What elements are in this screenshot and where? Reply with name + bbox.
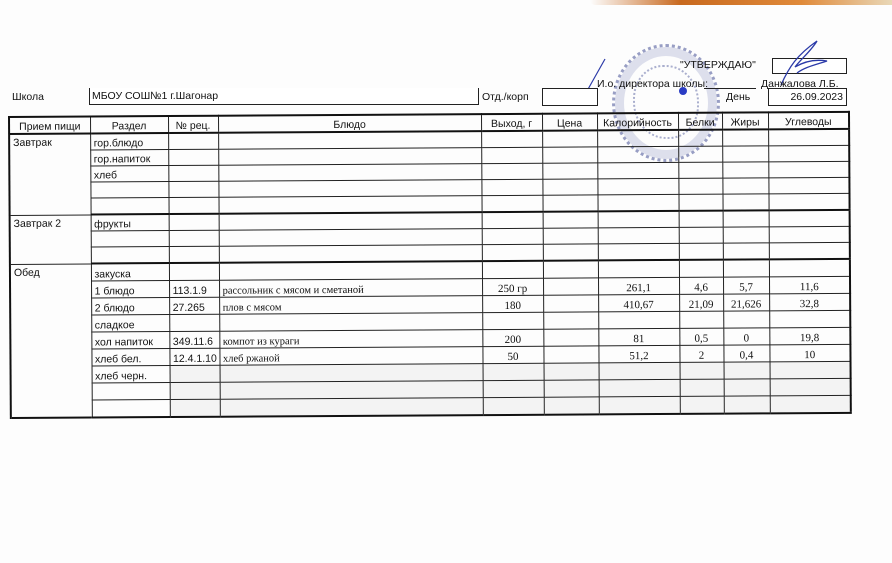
yield-cell — [482, 312, 543, 329]
yield-cell: 250 гр — [482, 278, 543, 295]
carbs-cell — [769, 310, 850, 327]
dish-cell: компот из кураги — [219, 330, 482, 349]
price-cell — [542, 147, 597, 163]
carbs-column-header: Углеводы — [768, 112, 849, 129]
kcal-cell — [599, 362, 680, 379]
carbs-cell — [769, 242, 850, 259]
section-cell — [90, 182, 168, 198]
day-field[interactable]: 26.09.2023 — [768, 88, 847, 106]
yield-cell — [483, 363, 544, 380]
carbs-cell — [768, 145, 849, 161]
fat-column-header: Жиры — [722, 112, 768, 129]
kcal-cell: 81 — [598, 328, 679, 345]
approve-label: "УТВЕРЖДАЮ" — [680, 59, 756, 71]
kcal-column-header: Калорийность — [597, 113, 678, 130]
recipe-cell — [168, 149, 218, 165]
kcal-cell: 410,67 — [598, 294, 679, 311]
dish-cell: хлеб ржаной — [219, 347, 482, 366]
dish-cell — [219, 245, 482, 263]
yield-cell — [481, 179, 542, 195]
yield-cell — [481, 131, 542, 148]
yield-cell: 200 — [482, 329, 543, 346]
kcal-cell — [597, 146, 678, 162]
school-label: Школа — [12, 91, 44, 103]
fat-cell — [723, 259, 769, 277]
kcal-cell — [597, 162, 678, 178]
fat-cell — [723, 227, 769, 243]
dish-cell — [220, 381, 483, 400]
yield-cell: 50 — [482, 346, 543, 363]
price-cell — [542, 195, 597, 212]
section-cell: хлеб — [90, 166, 168, 182]
recipe-cell: 27.265 — [169, 297, 219, 314]
price-cell — [543, 312, 598, 329]
recipe-cell — [169, 246, 219, 263]
price-column-header: Цена — [542, 113, 597, 130]
section-cell — [91, 198, 169, 215]
yield-column-header: Выход, г — [481, 114, 542, 131]
recipe-cell — [169, 263, 219, 281]
fat-cell — [722, 129, 768, 146]
protein-cell — [679, 260, 723, 278]
recipe-cell — [170, 365, 220, 382]
section-cell: 1 блюдо — [91, 281, 169, 298]
table-row — [11, 395, 851, 418]
protein-cell — [678, 146, 722, 162]
recipe-cell — [170, 399, 220, 417]
signature-box — [772, 58, 847, 74]
protein-cell: 2 — [679, 345, 723, 362]
section-cell — [91, 231, 169, 247]
section-cell: 2 блюдо — [91, 298, 169, 315]
recipe-cell — [169, 230, 219, 246]
protein-cell: 4,6 — [679, 277, 723, 294]
kcal-cell — [598, 311, 679, 328]
dish-cell — [218, 148, 481, 166]
meal-cell: Обед — [10, 263, 92, 417]
dish-cell — [219, 212, 482, 230]
menu-table: Прием пищиРаздел№ рец.БлюдоВыход, гЦенаК… — [8, 111, 852, 419]
section-cell: фрукты — [91, 214, 169, 231]
recipe-cell — [169, 214, 219, 231]
price-cell — [544, 363, 599, 380]
price-cell — [543, 244, 598, 261]
carbs-cell — [769, 210, 850, 227]
fat-cell — [722, 146, 768, 162]
section-cell: хлеб черн. — [92, 366, 170, 383]
price-cell — [543, 329, 598, 346]
section-cell: гор.напиток — [90, 150, 168, 166]
price-cell — [544, 397, 599, 415]
recipe-cell: 113.1.9 — [169, 280, 219, 297]
kcal-cell — [598, 211, 679, 228]
dish-cell — [219, 196, 482, 214]
carbs-cell — [769, 259, 850, 277]
recipe-cell — [168, 133, 218, 150]
section-cell: гор.блюдо — [90, 133, 168, 150]
day-label: День — [726, 91, 750, 103]
section-cell — [92, 400, 170, 418]
protein-cell — [679, 211, 723, 228]
carbs-cell — [770, 378, 851, 395]
kcal-cell: 261,1 — [598, 277, 679, 294]
carbs-cell: 19,8 — [769, 327, 850, 344]
fat-cell — [723, 311, 769, 328]
kcal-cell — [598, 260, 679, 278]
recipe-cell — [168, 165, 218, 181]
dish-cell — [218, 131, 481, 149]
yield-cell — [482, 212, 543, 229]
kcal-cell: 51,2 — [598, 345, 679, 362]
price-cell — [542, 163, 597, 179]
carbs-cell: 10 — [769, 344, 850, 361]
dish-cell — [218, 164, 481, 182]
fat-cell — [724, 362, 770, 379]
yield-cell — [481, 195, 542, 212]
protein-cell — [679, 243, 723, 260]
fat-cell — [724, 379, 770, 396]
carbs-cell — [769, 226, 850, 242]
price-cell — [544, 380, 599, 397]
protein-cell — [679, 227, 723, 243]
recipe-column-header: № рец. — [168, 116, 218, 133]
price-cell — [543, 260, 598, 278]
dept-field[interactable] — [542, 88, 598, 106]
yield-cell — [481, 163, 542, 179]
school-field[interactable]: МБОУ СОШ№1 г.Шагонар — [89, 88, 479, 105]
kcal-cell — [598, 243, 679, 260]
carbs-cell — [770, 395, 851, 413]
section-cell: закуска — [91, 263, 169, 281]
day-value: 26.09.2023 — [790, 91, 843, 103]
protein-cell — [678, 130, 722, 147]
recipe-cell — [169, 314, 219, 331]
fat-cell: 21,626 — [723, 294, 769, 311]
dish-cell — [220, 364, 483, 383]
yield-cell — [483, 380, 544, 397]
price-cell — [543, 211, 598, 228]
yield-cell — [481, 147, 542, 163]
dish-cell — [220, 398, 483, 417]
dish-cell: плов с мясом — [219, 296, 482, 315]
protein-cell: 0,5 — [679, 328, 723, 345]
yield-cell — [482, 261, 543, 279]
fat-cell: 0,4 — [723, 345, 769, 362]
dish-cell — [219, 313, 482, 332]
carbs-cell: 11,6 — [769, 276, 850, 293]
dish-cell — [219, 229, 482, 247]
yield-cell: 180 — [482, 295, 543, 312]
school-value: МБОУ СОШ№1 г.Шагонар — [92, 90, 218, 102]
recipe-cell: 12.4.1.10 — [169, 348, 219, 365]
fat-cell — [722, 194, 768, 211]
price-cell — [543, 295, 598, 312]
protein-cell — [678, 178, 722, 194]
carbs-cell — [768, 193, 849, 210]
carbs-cell — [768, 161, 849, 177]
protein-cell — [678, 162, 722, 178]
yield-cell — [483, 397, 544, 415]
fat-cell: 5,7 — [723, 277, 769, 294]
protein-cell — [680, 379, 724, 396]
kcal-cell — [597, 130, 678, 147]
recipe-cell — [168, 181, 218, 197]
fat-cell — [723, 243, 769, 260]
meal-cell: Завтрак 2 — [10, 214, 91, 263]
protein-cell: 21,09 — [679, 294, 723, 311]
protein-column-header: Белки — [678, 113, 722, 130]
carbs-cell — [768, 129, 849, 146]
kcal-cell — [598, 227, 679, 243]
protein-cell — [678, 194, 722, 211]
price-cell — [543, 346, 598, 363]
meal-cell: Завтрак — [9, 133, 90, 214]
carbs-cell — [770, 361, 851, 378]
fat-cell — [722, 178, 768, 194]
section-cell: хлеб бел. — [91, 349, 169, 366]
price-cell — [542, 179, 597, 195]
yield-cell — [482, 244, 543, 261]
fat-cell — [723, 210, 769, 227]
fat-cell: 0 — [723, 328, 769, 345]
director-label: И.о. директора школы: — [597, 78, 708, 90]
section-cell — [92, 383, 170, 400]
scan-edge-artifact — [590, 0, 892, 5]
kcal-cell — [597, 194, 678, 211]
dept-label: Отд./корп — [482, 91, 529, 103]
dish-cell — [218, 180, 481, 198]
kcal-cell — [599, 379, 680, 396]
yield-cell — [482, 228, 543, 244]
protein-cell — [680, 362, 724, 379]
section-cell: сладкое — [91, 315, 169, 332]
recipe-cell — [170, 382, 220, 399]
kcal-cell — [597, 178, 678, 194]
carbs-cell — [768, 177, 849, 193]
fat-cell — [722, 162, 768, 178]
fat-cell — [724, 396, 770, 414]
dish-cell: рассольник с мясом и сметаной — [219, 279, 482, 298]
section-cell: хол напиток — [91, 332, 169, 349]
carbs-cell: 32,8 — [769, 293, 850, 310]
price-cell — [542, 130, 597, 147]
dish-column-header: Блюдо — [218, 114, 481, 133]
recipe-cell: 349.11.6 — [169, 331, 219, 348]
price-cell — [543, 228, 598, 244]
section-cell — [91, 247, 169, 264]
protein-cell — [679, 311, 723, 328]
dish-cell — [219, 261, 482, 280]
price-cell — [543, 278, 598, 295]
kcal-cell — [599, 396, 680, 414]
protein-cell — [680, 396, 724, 414]
recipe-cell — [169, 197, 219, 214]
section-column-header: Раздел — [90, 116, 168, 133]
signature-line — [704, 87, 756, 89]
meal-column-header: Прием пищи — [9, 116, 90, 133]
